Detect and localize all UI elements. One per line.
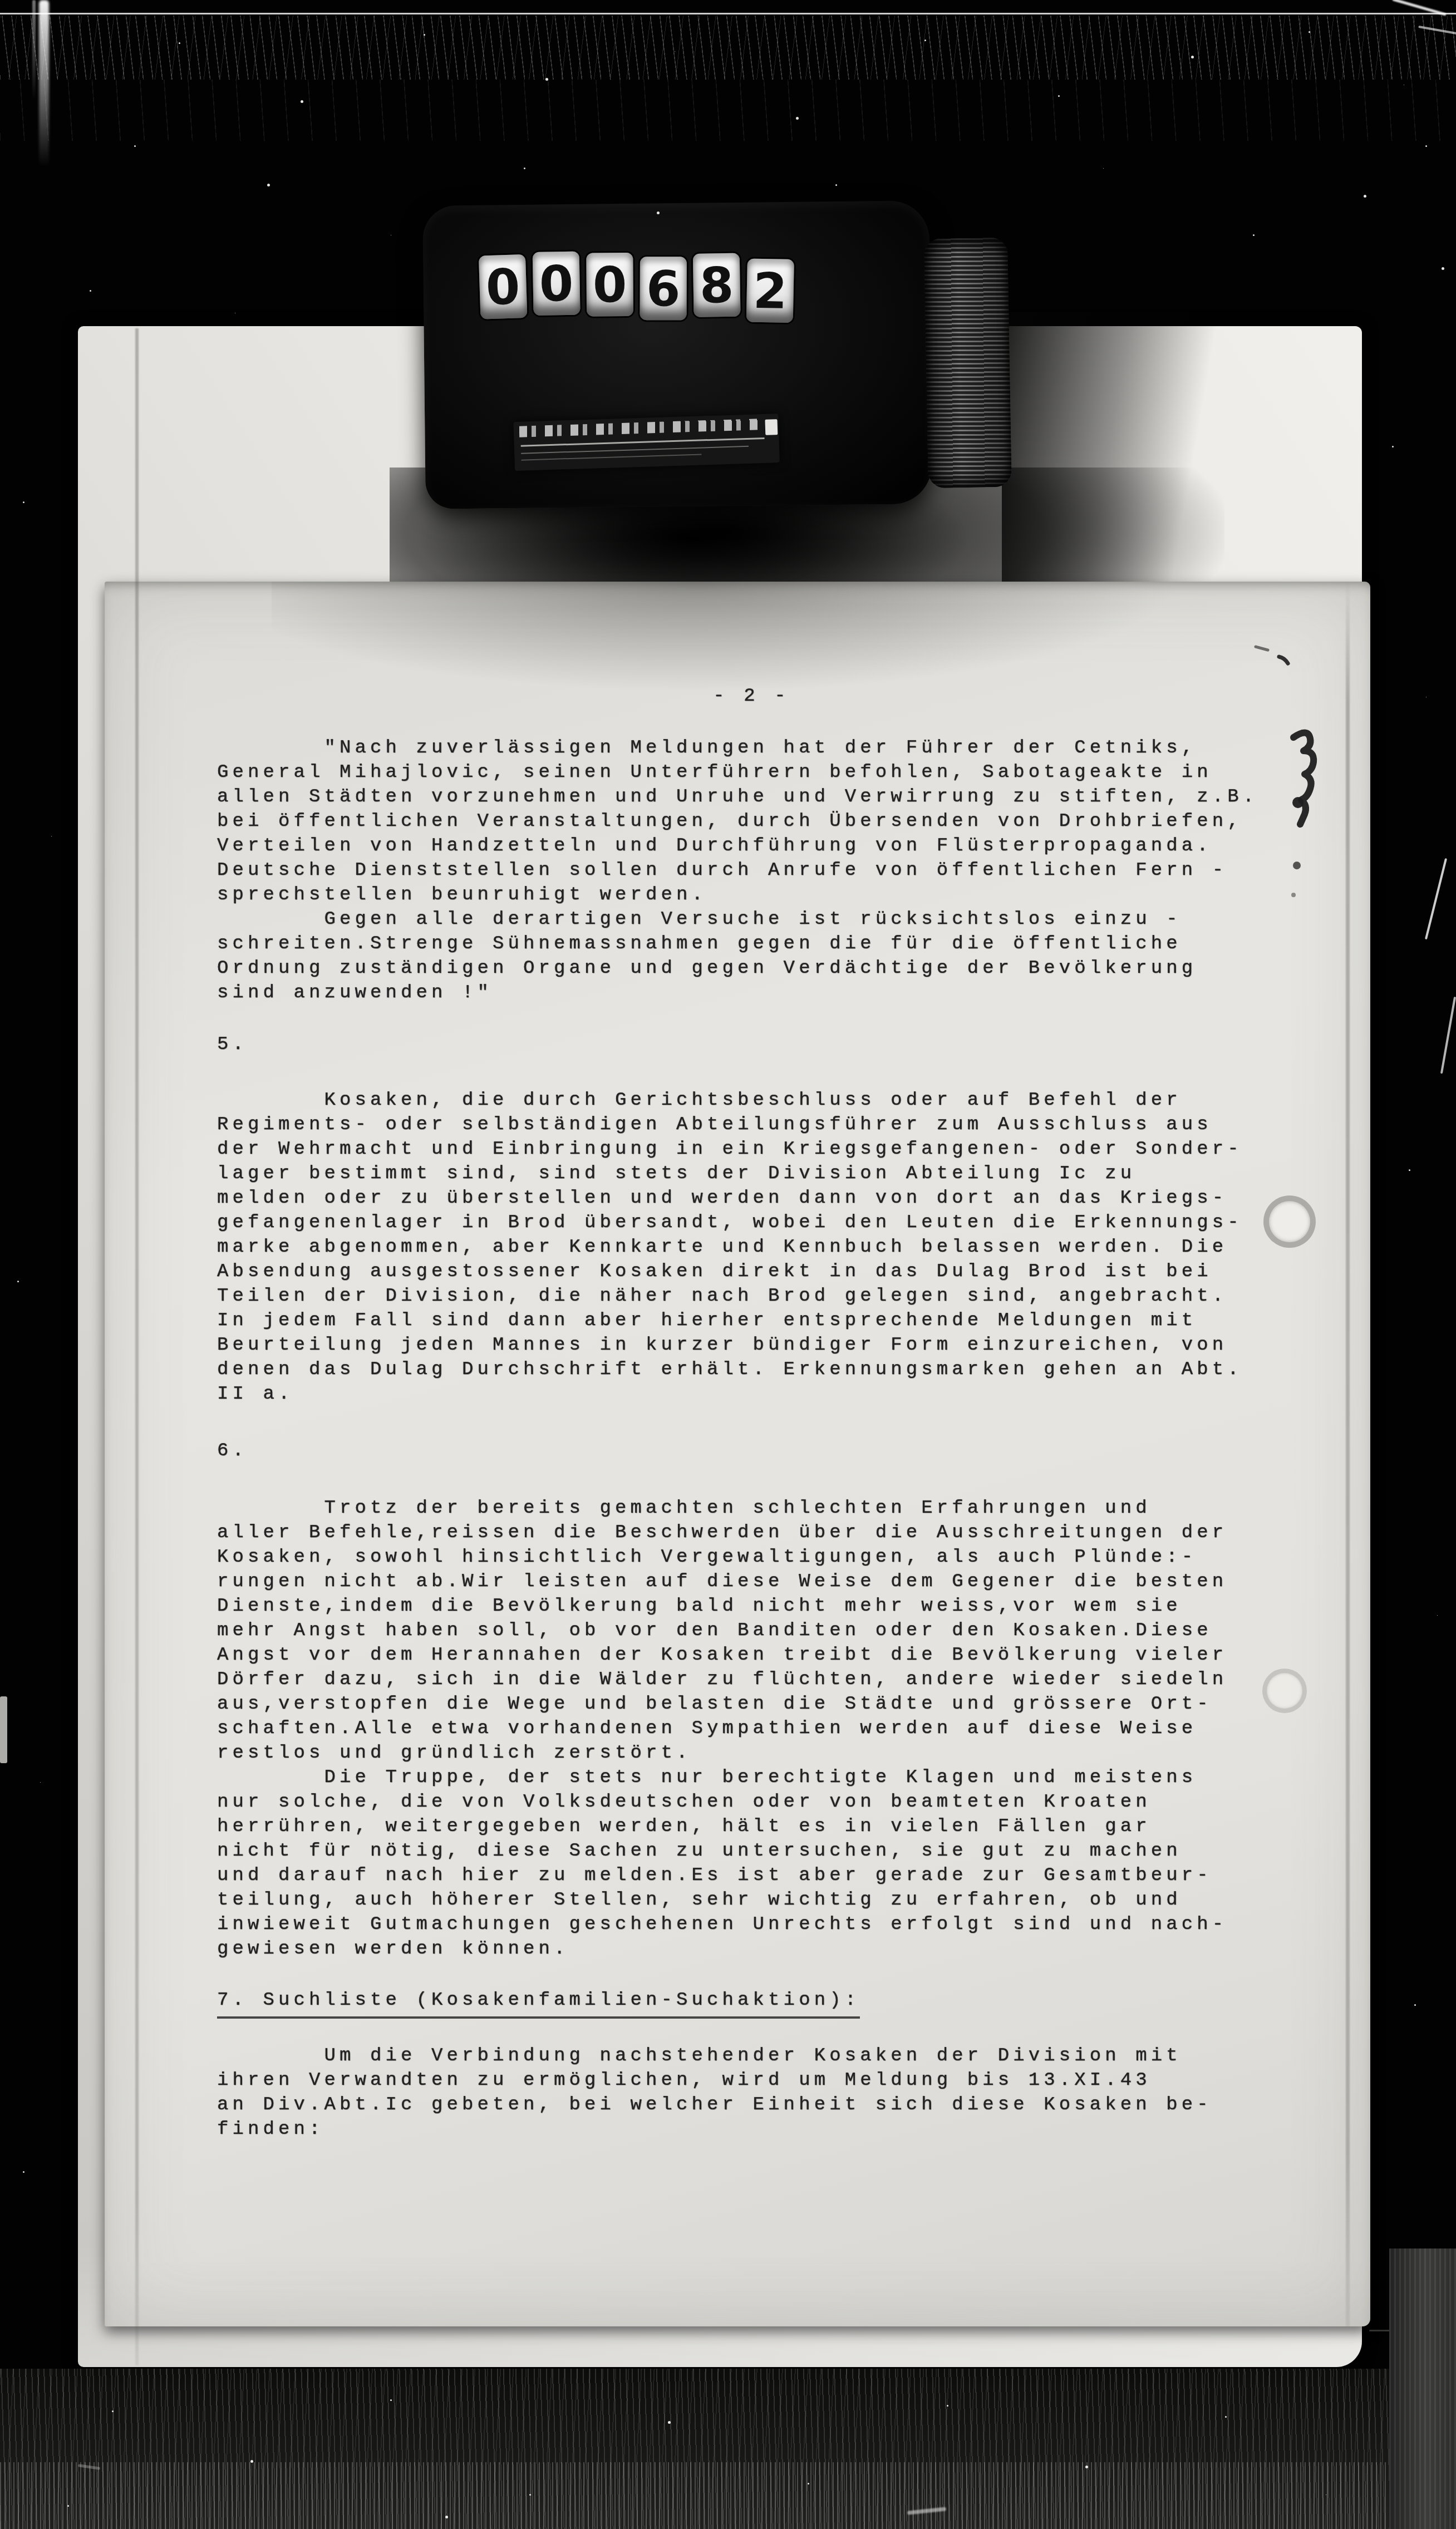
typed-line: Deutsche Dienststellen sollen durch Anru…	[217, 858, 1291, 883]
label-print-line	[521, 446, 749, 454]
typed-line: mehr Angst haben soll, ob vor den Bandit…	[217, 1618, 1291, 1643]
page-edge-sliver	[0, 1696, 7, 1763]
film-scratch	[39, 0, 49, 167]
film-scratch-band	[0, 80, 1456, 141]
typed-line: nur solche, die von Volksdeutschen oder …	[217, 1790, 1291, 1814]
typed-line: an Div.Abt.Ic gebeten, bei welcher Einhe…	[217, 2093, 1291, 2117]
film-scratch	[32, 0, 36, 100]
typed-line: teilung, auch höherer Stellen, sehr wich…	[217, 1888, 1291, 1912]
film-dust-specks	[0, 0, 3, 3]
typed-line: schaften.Alle etwa vorhandenen Sympathie…	[217, 1716, 1291, 1741]
section-number: 6.	[217, 1440, 248, 1462]
typed-line: finden:	[217, 2117, 1291, 2142]
typed-line: Verteilen von Handzetteln und Durchführu…	[217, 834, 1291, 858]
typed-line: Angst vor dem Herannahen der Kosaken tre…	[217, 1643, 1291, 1667]
typed-line: gewiesen werden können.	[217, 1937, 1291, 1961]
quoted-order: "Nach zuverlässigen Meldungen hat der Fü…	[217, 736, 1291, 1005]
label-print-line	[522, 454, 702, 461]
typed-line: Absendung ausgestossener Kosaken direkt …	[217, 1259, 1291, 1284]
counter-label	[513, 414, 780, 471]
counter-digit: 8	[693, 253, 741, 317]
block-number: 5.	[217, 1032, 1291, 1057]
typed-line: schreiten.Strenge Sühnemassnahmen gegen …	[217, 932, 1291, 956]
typed-line: melden oder zu überstellen und werden da…	[217, 1186, 1291, 1211]
typed-line: der Wehrmacht und Einbringung in ein Kri…	[217, 1137, 1291, 1162]
section-heading: 7. Suchliste (Kosakenfamilien-Suchaktion…	[217, 1988, 860, 2019]
counter-digit: 2	[746, 258, 794, 323]
typed-line: lager bestimmt sind, sind stets der Divi…	[217, 1162, 1291, 1186]
film-bottom-band	[0, 2462, 1456, 2529]
film-scratch	[1425, 858, 1447, 940]
typed-line: Ordnung zuständigen Organe und gegen Ver…	[217, 956, 1291, 981]
typed-line: ihren Verwandten zu ermöglichen, wird um…	[217, 2068, 1291, 2093]
label-print-marks	[519, 419, 760, 437]
film-scratch	[0, 13, 1456, 14]
typed-line: nicht für nötig, diese Sachen zu untersu…	[217, 1839, 1291, 1863]
typed-line: Trotz der bereits gemachten schlechten E…	[217, 1496, 1291, 1521]
typed-line: inwieweit Gutmachungen geschehenen Unrec…	[217, 1912, 1291, 1937]
counter-digit-wheels: 0 0 0 6 8 2	[479, 249, 794, 316]
typed-line: und darauf nach hier zu melden.Es ist ab…	[217, 1863, 1291, 1888]
section-7-suchliste: Um die Verbindung nachstehender Kosaken …	[217, 2044, 1291, 2142]
block-number: 6.	[217, 1439, 1291, 1463]
section-5-kosaken-ausschluss: Kosaken, die durch Gerichtsbeschluss ode…	[217, 1088, 1291, 1406]
typed-line: Die Truppe, der stets nur berechtigte Kl…	[217, 1765, 1291, 1790]
typed-line: Kosaken, sowohl hinsichtlich Vergewaltig…	[217, 1545, 1291, 1569]
typed-line: Teilen der Division, die näher nach Brod…	[217, 1284, 1291, 1308]
film-scratch	[1440, 997, 1456, 1074]
typed-line: Gegen alle derartigen Versuche ist rücks…	[217, 907, 1291, 932]
section-number: 5.	[217, 1034, 248, 1055]
typed-line: rungen nicht ab.Wir leisten auf diese We…	[217, 1569, 1291, 1594]
typed-line: Um die Verbindung nachstehender Kosaken …	[217, 2044, 1291, 2068]
typed-line: Beurteilung jeden Mannes in kurzer bündi…	[217, 1333, 1291, 1357]
typed-text-layer: "Nach zuverlässigen Meldungen hat der Fü…	[105, 582, 1370, 2326]
typed-line: denen das Dulag Durchschrift erhält. Erk…	[217, 1357, 1291, 1382]
typed-line: Kosaken, die durch Gerichtsbeschluss ode…	[217, 1088, 1291, 1113]
film-edge-texture	[1389, 2248, 1456, 2529]
film-counter-device: 0 0 0 6 8 2	[422, 200, 932, 509]
typed-line: Dörfer dazu, sich in die Wälder zu flüch…	[217, 1667, 1291, 1692]
block-heading: 7. Suchliste (Kosakenfamilien-Suchaktion…	[217, 1988, 1291, 2019]
typed-line: herrühren, weitergegeben werden, hält es…	[217, 1814, 1291, 1839]
typed-line: bei öffentlichen Veranstaltungen, durch …	[217, 809, 1291, 834]
film-frame: - 2 - "Nach zuverlässigen Meldungen hat …	[0, 0, 1456, 2529]
typed-line: II a.	[217, 1382, 1291, 1406]
document-page: - 2 - "Nach zuverlässigen Meldungen hat …	[105, 582, 1370, 2326]
typed-line: Regiments- oder selbständigen Abteilungs…	[217, 1113, 1291, 1137]
page-fold-line	[135, 328, 139, 2365]
typed-line: allen Städten vorzunehmen und Unruhe und…	[217, 785, 1291, 809]
typed-line: General Mihajlovic, seinen Unterführern …	[217, 760, 1291, 785]
label-print-line	[521, 437, 765, 447]
section-6-beschwerden: Trotz der bereits gemachten schlechten E…	[217, 1496, 1291, 1961]
film-scratch-band	[0, 16, 1456, 80]
typed-line: "Nach zuverlässigen Meldungen hat der Fü…	[217, 736, 1291, 760]
typed-line: In jedem Fall sind dann aber hierher ent…	[217, 1308, 1291, 1333]
typed-line: marke abgenommen, aber Kennkarte und Ken…	[217, 1235, 1291, 1259]
counter-digit: 0	[479, 254, 528, 319]
typed-line: aus,verstopfen die Wege und belasten die…	[217, 1692, 1291, 1716]
typed-line: restlos und gründlich zerstört.	[217, 1741, 1291, 1765]
typed-line: Dienste,indem die Bevölkerung bald nicht…	[217, 1594, 1291, 1618]
counter-knob	[924, 238, 1012, 489]
counter-digit: 0	[533, 252, 581, 316]
counter-digit: 0	[586, 253, 633, 317]
typed-line: gefangenenlager in Brod übersandt, wobei…	[217, 1211, 1291, 1235]
counter-digit: 6	[640, 257, 687, 320]
label-notch	[765, 419, 778, 435]
typed-line: aller Befehle,reissen die Beschwerden üb…	[217, 1521, 1291, 1545]
typed-line: sprechstellen beunruhigt werden.	[217, 883, 1291, 907]
typed-line: sind anzuwenden !"	[217, 981, 1291, 1005]
